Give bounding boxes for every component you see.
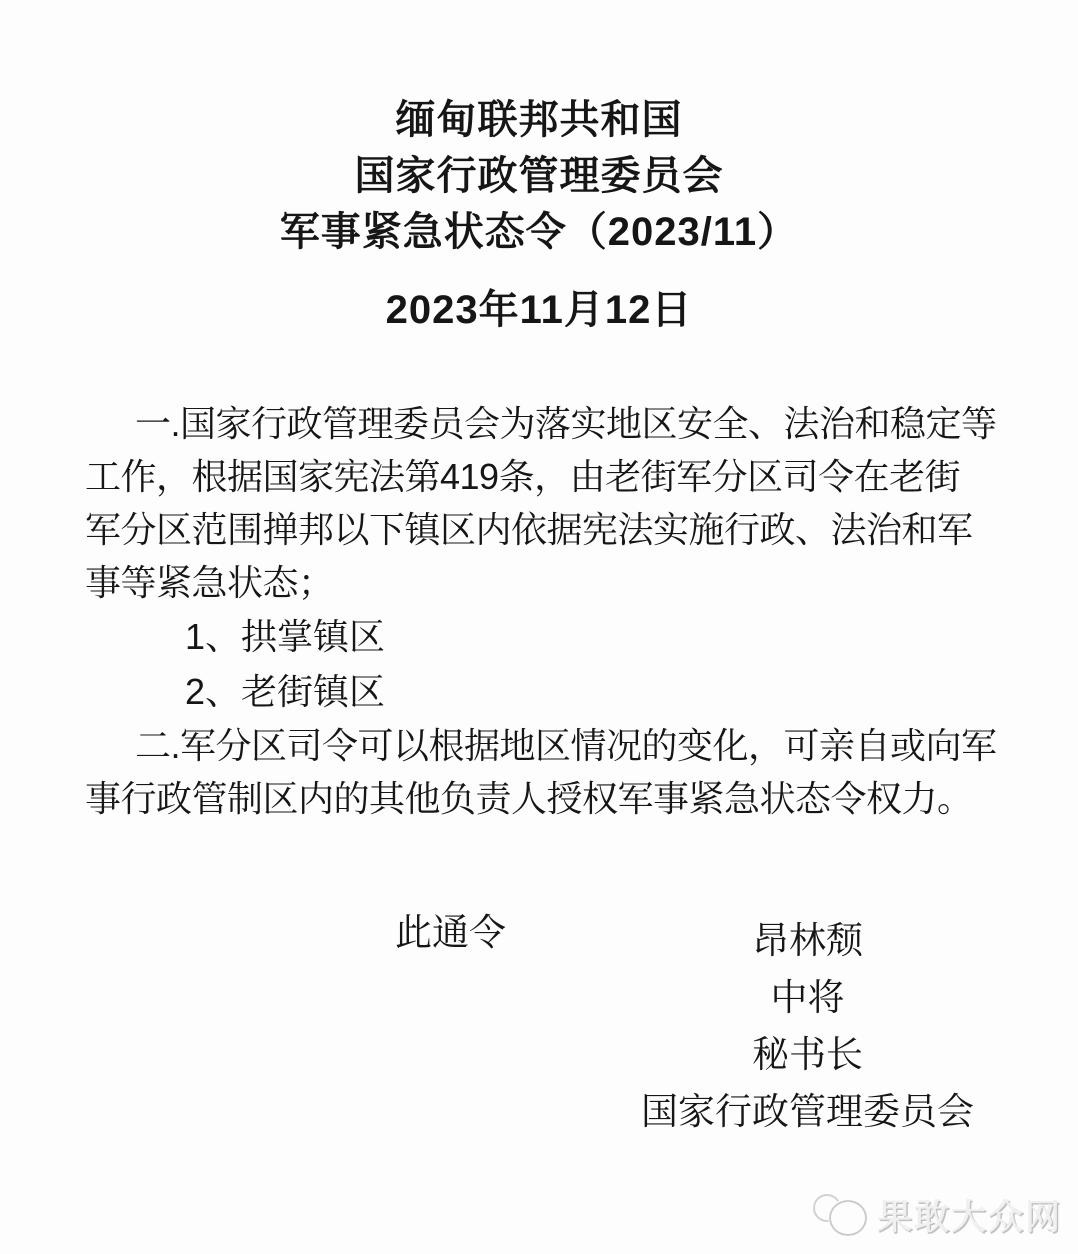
title-line-country: 缅甸联邦共和国 bbox=[0, 92, 1078, 148]
watermark: 果敢大众网 bbox=[813, 1190, 1062, 1240]
chat-bubbles-icon bbox=[813, 1192, 869, 1238]
document-body: 一.国家行政管理委员会为落实地区安全、法治和稳定等 工作，根据国家宪法第419条… bbox=[85, 397, 998, 825]
chat-bubble-big bbox=[829, 1200, 867, 1236]
document-title: 缅甸联邦共和国 国家行政管理委员会 军事紧急状态令（2023/11） bbox=[0, 0, 1078, 260]
signatory-rank: 中将 bbox=[620, 969, 995, 1026]
title-line-council: 国家行政管理委员会 bbox=[0, 148, 1078, 204]
document-page: 缅甸联邦共和国 国家行政管理委员会 军事紧急状态令（2023/11） 2023年… bbox=[0, 0, 1078, 1254]
paragraph-1-line: 工作，根据国家宪法第419条，由老街军分区司令在老街 bbox=[85, 450, 998, 503]
paragraph-1-line: 一.国家行政管理委员会为落实地区安全、法治和稳定等 bbox=[85, 397, 998, 450]
paragraph-2-line: 二.军分区司令可以根据地区情况的变化，可亲自或向军 bbox=[85, 719, 998, 772]
signatory-organization: 国家行政管理委员会 bbox=[620, 1083, 995, 1140]
title-line-order-number: 军事紧急状态令（2023/11） bbox=[0, 204, 1078, 260]
paragraph-2-line: 事行政管制区内的其他负责人授权军事紧急状态令权力。 bbox=[85, 772, 998, 825]
paragraph-1-line: 事等紧急状态； bbox=[85, 556, 998, 609]
signatory-title: 秘书长 bbox=[620, 1026, 995, 1083]
signature-block: 昂林颓 中将 秘书长 国家行政管理委员会 bbox=[620, 912, 995, 1140]
township-list-item: 1、拱掌镇区 bbox=[85, 609, 998, 664]
township-list-item: 2、老街镇区 bbox=[85, 664, 998, 719]
signatory-name: 昂林颓 bbox=[620, 912, 995, 969]
issue-date: 2023年11月12日 bbox=[0, 278, 1078, 335]
watermark-text: 果敢大众网 bbox=[877, 1190, 1062, 1240]
paragraph-1-line: 军分区范围掸邦以下镇区内依据宪法实施行政、法治和军 bbox=[85, 503, 998, 556]
